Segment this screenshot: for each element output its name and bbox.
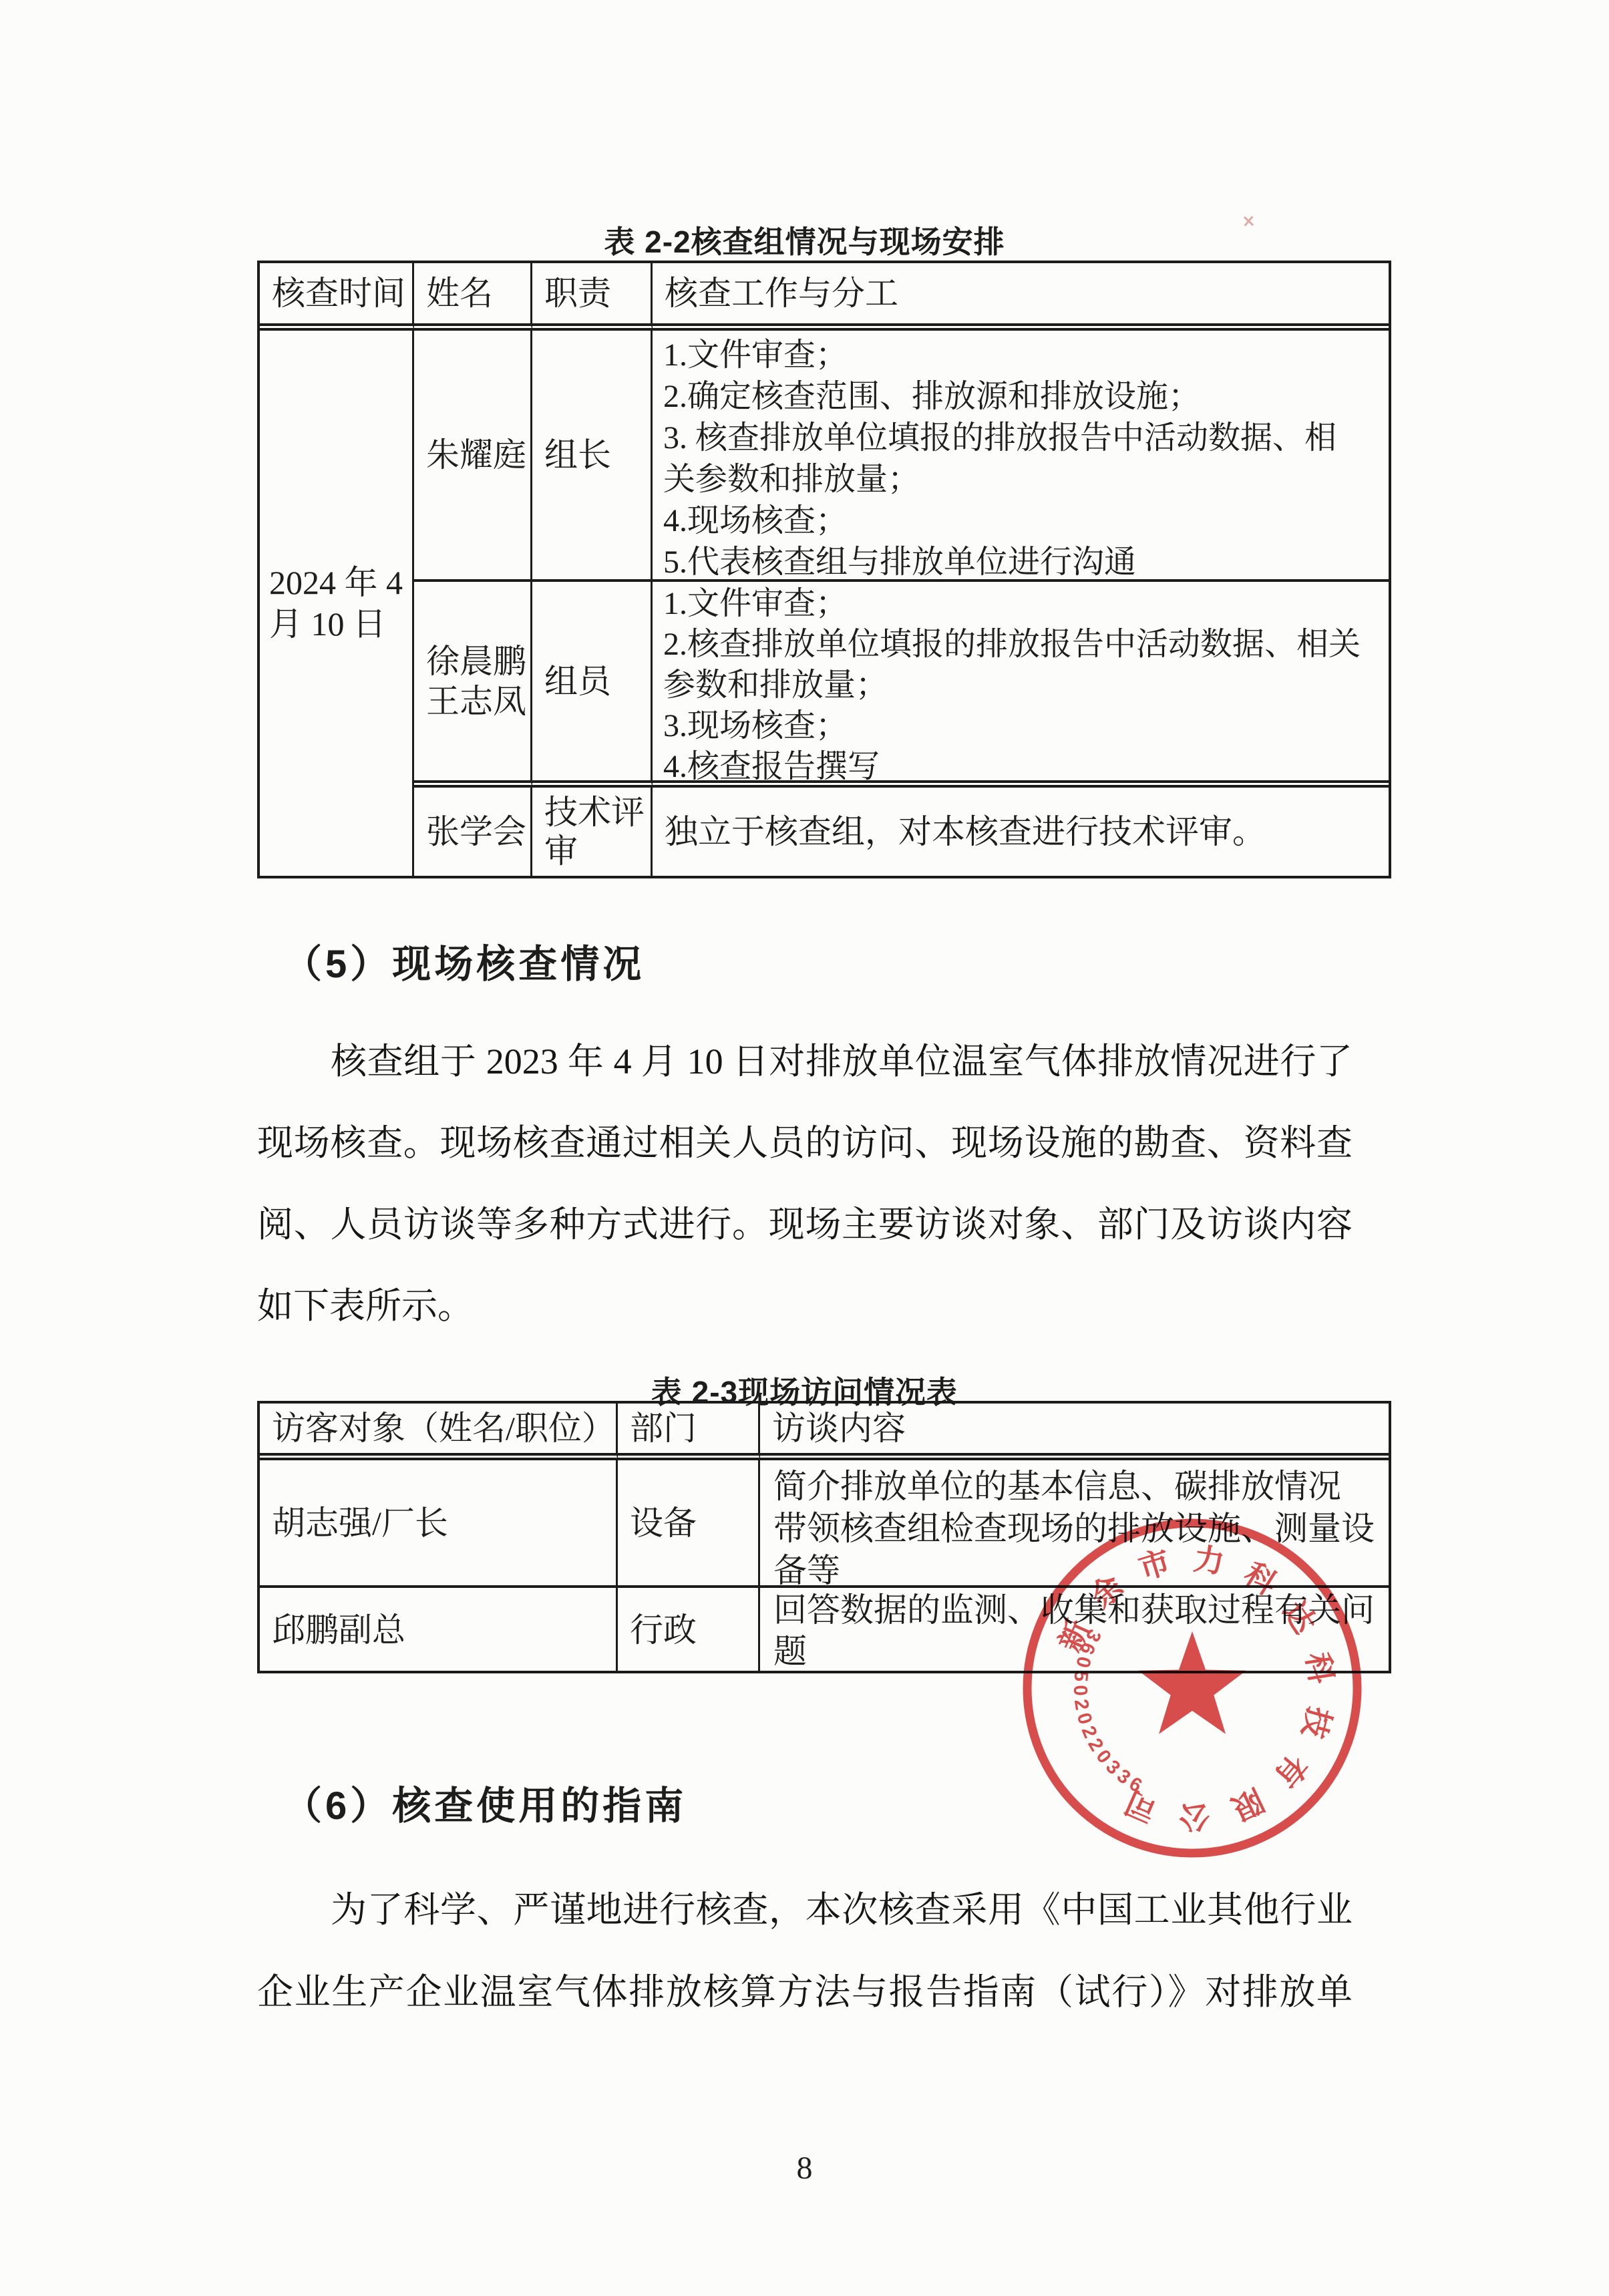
task-line: 2.确定核查范围、排放源和排放设施； (663, 376, 1382, 418)
col-header-dept: 部门 (618, 1404, 760, 1460)
section-5-heading: （5）现场核查情况 (283, 933, 645, 989)
scan-artifact (1242, 215, 1254, 227)
svg-text:市: 市 (1135, 1544, 1174, 1586)
paragraph-line: 如下表所示。 (257, 1284, 1353, 1365)
visitor-cell: 邱鹏副总 (260, 1588, 618, 1672)
date-line: 2024 年 4 (269, 562, 412, 603)
table-2-2-title: 表 2-2核查组情况与现场安排 (0, 218, 1609, 262)
col-header-visitor: 访客对象（姓名/职位） (260, 1404, 618, 1460)
task-line: 4.核查报告撰写 (663, 746, 1382, 787)
paragraph-line: 阅、人员访谈等多种方式进行。现场主要访谈对象、部门及访谈内容 (257, 1202, 1353, 1284)
task-line: 3.现场核查； (663, 705, 1382, 746)
col-header-work: 核查工作与分工 (653, 263, 1389, 331)
svg-text:限: 限 (1226, 1782, 1269, 1827)
company-seal-stamp: 新余市力科达科技有限公司 3605020220336 (1005, 1496, 1379, 1880)
task-line: 1.文件审查； (663, 583, 1382, 624)
paragraph-line: 核查组于 2023 年 4 月 10 日对排放单位温室气体排放情况进行了 (257, 1039, 1353, 1121)
member-role-cell: 组员 (532, 582, 653, 788)
svg-text:力: 力 (1192, 1541, 1226, 1580)
member-role-cell: 组长 (532, 331, 653, 582)
task-line: 2.核查排放单位填报的排放报告中活动数据、相关 (663, 624, 1382, 665)
task-line: 4.现场核查； (663, 500, 1382, 542)
visitor-cell: 胡志强/厂长 (260, 1460, 618, 1588)
guideline-paragraph: 为了科学、严谨地进行核查，本次核查采用《中国工业其他行业 企业生产企业温室气体排… (257, 1888, 1353, 2052)
role-line: 审 (544, 832, 651, 870)
name-line: 徐晨鹏 (426, 641, 530, 681)
svg-text:科: 科 (1238, 1556, 1283, 1601)
svg-text:余: 余 (1084, 1569, 1130, 1615)
verification-date-cell: 2024 年 4 月 10 日 (260, 331, 414, 876)
svg-text:0: 0 (1069, 1685, 1091, 1696)
col-header-time: 核查时间 (260, 263, 414, 331)
member-tasks-cell: 独立于核查组，对本核查进行技术评审。 (653, 788, 1389, 876)
site-verification-paragraph: 核查组于 2023 年 4 月 10 日对排放单位温室气体排放情况进行了 现场核… (257, 1039, 1353, 1365)
task-line: 5.代表核查组与排放单位进行沟通 (663, 542, 1382, 583)
col-header-duty: 职责 (532, 263, 653, 331)
svg-text:0: 0 (1071, 1655, 1095, 1670)
member-tasks-cell: 1.文件审查； 2.确定核查范围、排放源和排放设施； 3. 核查排放单位填报的排… (653, 331, 1389, 582)
col-header-name: 姓名 (414, 263, 532, 331)
paragraph-line: 为了科学、严谨地进行核查，本次核查采用《中国工业其他行业 (257, 1888, 1353, 1970)
member-tasks-cell: 1.文件审查； 2.核查排放单位填报的排放报告中活动数据、相关 参数和排放量； … (653, 582, 1389, 788)
dept-cell: 行政 (618, 1588, 760, 1672)
date-line: 月 10 日 (269, 603, 412, 645)
role-line: 技术评 (544, 793, 651, 832)
task-line: 3. 核查排放单位填报的排放报告中活动数据、相 (663, 418, 1382, 459)
svg-text:达: 达 (1277, 1595, 1323, 1639)
svg-text:科: 科 (1300, 1650, 1339, 1686)
member-name-cell: 张学会 (414, 788, 532, 876)
task-line: 1.文件审查； (663, 335, 1382, 376)
dept-cell: 设备 (618, 1460, 760, 1588)
page-number: 8 (0, 2150, 1609, 2186)
paragraph-line: 现场核查。现场核查通过相关人员的访问、现场设施的勘查、资料查 (257, 1121, 1353, 1202)
verification-team-table: 核查时间 姓名 职责 核查工作与分工 2024 年 4 月 10 日 朱耀庭 组… (257, 261, 1391, 878)
member-name-cell: 徐晨鹏 王志凤 (414, 582, 532, 788)
seal-code-number: 3605020220336 (1069, 1625, 1145, 1796)
task-line: 关参数和排放量； (663, 459, 1382, 500)
member-name-cell: 朱耀庭 (414, 331, 532, 582)
seal-star-icon (1138, 1631, 1246, 1734)
task-line: 参数和排放量； (663, 665, 1382, 705)
col-header-content: 访谈内容 (760, 1404, 1389, 1460)
svg-text:5: 5 (1069, 1669, 1092, 1682)
member-role-cell: 技术评 审 (532, 788, 653, 876)
svg-text:公: 公 (1179, 1800, 1210, 1835)
paragraph-line: 企业生产企业温室气体排放核算方法与报告指南（试行）》对排放单 (257, 1970, 1353, 2052)
svg-text:技: 技 (1296, 1703, 1337, 1742)
section-6-heading: （6）核查使用的指南 (283, 1774, 687, 1830)
svg-text:2: 2 (1070, 1697, 1093, 1711)
svg-text:有: 有 (1268, 1748, 1314, 1794)
document-page: 表 2-2核查组情况与现场安排 核查时间 姓名 职责 核查工作与分工 2024 … (0, 0, 1609, 2296)
name-line: 王志凤 (426, 681, 530, 721)
